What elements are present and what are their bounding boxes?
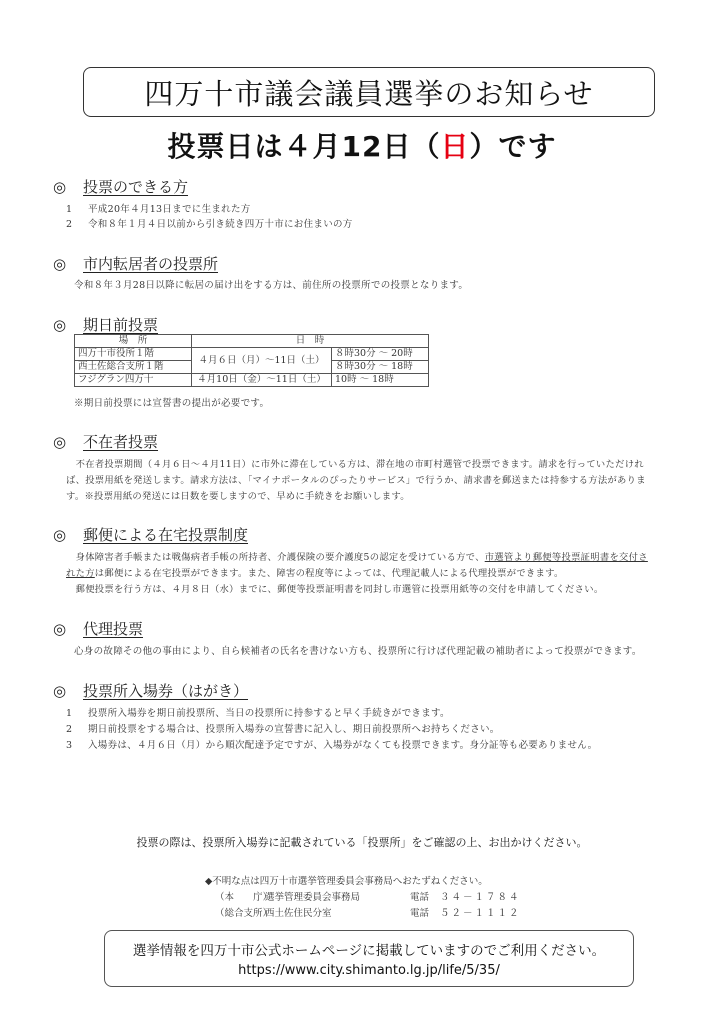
- postal-text: 身体障害者手帳または戦傷病者手帳の所持者、介護保険の要介護度5の認定を受けている…: [66, 552, 485, 563]
- item-number: 3: [66, 740, 88, 751]
- postal-text-line: れた方は郵便による在宅投票ができます。また、障害の程度等によっては、代理記載人に…: [66, 565, 564, 579]
- notice-text: 投票の際は、投票所入場券に記載されている「投票所」をご確認の上、お出かけください…: [0, 834, 724, 850]
- cell-place: フジグラン四万十: [75, 374, 192, 387]
- absentee-text-line: ば、投票用紙を発送します。請求方法は、「マイナポータルのぴったりサービス」で行う…: [66, 472, 646, 486]
- contact-phone: ５２－１１１２: [440, 908, 521, 919]
- table-row: フジグラン四万十 ４月10日（金）～11日（土） 10時 ～ 18時: [75, 374, 429, 387]
- section-ticket-heading: ◎投票所入場券（はがき）: [53, 680, 248, 701]
- subtitle-post: ）です: [469, 130, 556, 163]
- section-title: 投票所入場券（はがき）: [83, 682, 248, 700]
- contact-dept: 西土佐住民分室: [265, 905, 410, 919]
- postal-text-line: 身体障害者手帳または戦傷病者手帳の所持者、介護保険の要介護度5の認定を受けている…: [66, 549, 648, 563]
- subtitle-day: 日: [440, 130, 469, 163]
- postal-text-underlined: 市選管より郵便等投票証明書を交付さ: [485, 552, 648, 563]
- section-title: 市内転居者の投票所: [83, 255, 218, 273]
- website-url-link[interactable]: https://www.city.shimanto.lg.jp/life/5/3…: [105, 963, 633, 978]
- contact-row: （総合支所）西土佐住民分室電話５２－１１１２: [215, 905, 521, 919]
- list-item: 3入場券は、４月６日（月）から順次配達予定ですが、入場券がなくても投票できます。…: [66, 737, 597, 751]
- section-title: 不在者投票: [83, 433, 158, 451]
- cell-time: ８時30分 ～ 18時: [332, 361, 429, 374]
- early-voting-table: 場 所 日 時 四万十市役所１階 ４月６日（月）～11日（土） ８時30分 ～ …: [74, 334, 429, 387]
- section-title: 郵便による在宅投票制度: [83, 526, 248, 544]
- cell-time: 10時 ～ 18時: [332, 374, 429, 387]
- column-header-datetime: 日 時: [192, 335, 429, 348]
- early-voting-note: ※期日前投票には宣誓書の提出が必要です。: [74, 395, 269, 409]
- proxy-text: 心身の故障その他の事由により、自ら候補者の氏名を書けない方も、投票所に行けば代理…: [74, 643, 642, 657]
- section-title: 期日前投票: [83, 316, 158, 334]
- contact-phone-label: 電話: [410, 889, 440, 903]
- item-number: 1: [66, 708, 88, 719]
- table-row: 四万十市役所１階 ４月６日（月）～11日（土） ８時30分 ～ 20時: [75, 348, 429, 361]
- list-item: 2令和８年１月４日以前から引き続き四万十市にお住まいの方: [66, 216, 353, 230]
- column-header-place: 場 所: [75, 335, 192, 348]
- contact-phone-label: 電話: [410, 905, 440, 919]
- website-message: 選挙情報を四万十市公式ホームページに掲載していますのでご利用ください。: [105, 939, 633, 959]
- double-circle-icon: ◎: [53, 433, 83, 451]
- section-absentee-heading: ◎不在者投票: [53, 431, 158, 452]
- section-proxy-heading: ◎代理投票: [53, 618, 143, 639]
- postal-text-line: 郵便投票を行う方は、４月８日（水）までに、郵便等投票証明書を同封し市選管に投票用…: [66, 581, 603, 595]
- subtitle-pre: 投票日は４月12日（: [168, 130, 441, 163]
- table-header-row: 場 所 日 時: [75, 335, 429, 348]
- item-number: 2: [66, 219, 88, 230]
- double-circle-icon: ◎: [53, 178, 83, 196]
- cell-date: ４月６日（月）～11日（土）: [192, 348, 332, 374]
- contact-intro: ◆不明な点は四万十市選挙管理委員会事務局へおたずねください。: [205, 873, 488, 887]
- list-item: 1投票所入場券を期日前投票所、当日の投票所に持参すると早く手続きができます。: [66, 705, 450, 719]
- postal-text: は郵便による在宅投票ができます。また、障害の程度等によっては、代理記載人による代…: [95, 568, 564, 579]
- item-text: 令和８年１月４日以前から引き続き四万十市にお住まいの方: [88, 219, 353, 230]
- website-info-box: 選挙情報を四万十市公式ホームページに掲載していますのでご利用ください。 http…: [104, 930, 634, 987]
- absentee-text-line: 不在者投票期間（４月６日～４月11日）に市外に滞在している方は、滞在地の市町村選…: [66, 456, 644, 470]
- item-text: 投票所入場券を期日前投票所、当日の投票所に持参すると早く手続きができます。: [88, 708, 450, 719]
- contact-office: （総合支所）: [215, 905, 265, 919]
- contact-row: （本 庁）選挙管理委員会事務局電話３４－１７８４: [215, 889, 521, 903]
- item-number: 2: [66, 724, 88, 735]
- contact-dept: 選挙管理委員会事務局: [265, 889, 410, 903]
- item-text: 入場券は、４月６日（月）から順次配達予定ですが、入場券がなくても投票できます。身…: [88, 740, 597, 751]
- cell-place: 四万十市役所１階: [75, 348, 192, 361]
- section-postal-heading: ◎郵便による在宅投票制度: [53, 524, 248, 545]
- cell-date: ４月10日（金）～11日（土）: [192, 374, 332, 387]
- section-eligibility-heading: ◎投票のできる方: [53, 176, 188, 197]
- section-title: 投票のできる方: [83, 178, 188, 196]
- section-title: 代理投票: [83, 620, 143, 638]
- double-circle-icon: ◎: [53, 526, 83, 544]
- list-item: 1平成20年４月13日までに生まれた方: [66, 201, 251, 215]
- postal-text-underlined: れた方: [66, 568, 95, 579]
- movers-text: 令和８年３月28日以降に転居の届け出をする方は、前住所の投票所での投票となります…: [74, 277, 468, 291]
- section-movers-heading: ◎市内転居者の投票所: [53, 253, 218, 274]
- election-date-subtitle: 投票日は４月12日（日）です: [0, 125, 724, 165]
- double-circle-icon: ◎: [53, 682, 83, 700]
- item-text: 平成20年４月13日までに生まれた方: [88, 204, 251, 215]
- double-circle-icon: ◎: [53, 620, 83, 638]
- double-circle-icon: ◎: [53, 316, 83, 334]
- list-item: 2期日前投票をする場合は、投票所入場券の宣誓書に記入し、期日前投票所へお持ちくだ…: [66, 721, 500, 735]
- page-title: 四万十市議会議員選挙のお知らせ: [144, 72, 593, 113]
- cell-place: 西土佐総合支所１階: [75, 361, 192, 374]
- contact-phone: ３４－１７８４: [440, 892, 521, 903]
- item-number: 1: [66, 204, 88, 215]
- double-circle-icon: ◎: [53, 255, 83, 273]
- cell-time: ８時30分 ～ 20時: [332, 348, 429, 361]
- absentee-text-line: す。※投票用紙の発送には日数を要しますので、早めに手続きをお願いします。: [66, 488, 410, 502]
- title-box: 四万十市議会議員選挙のお知らせ: [83, 67, 655, 117]
- item-text: 期日前投票をする場合は、投票所入場券の宣誓書に記入し、期日前投票所へお持ちくださ…: [88, 724, 500, 735]
- section-early-voting-heading: ◎期日前投票: [53, 314, 158, 335]
- contact-office: （本 庁）: [215, 889, 265, 903]
